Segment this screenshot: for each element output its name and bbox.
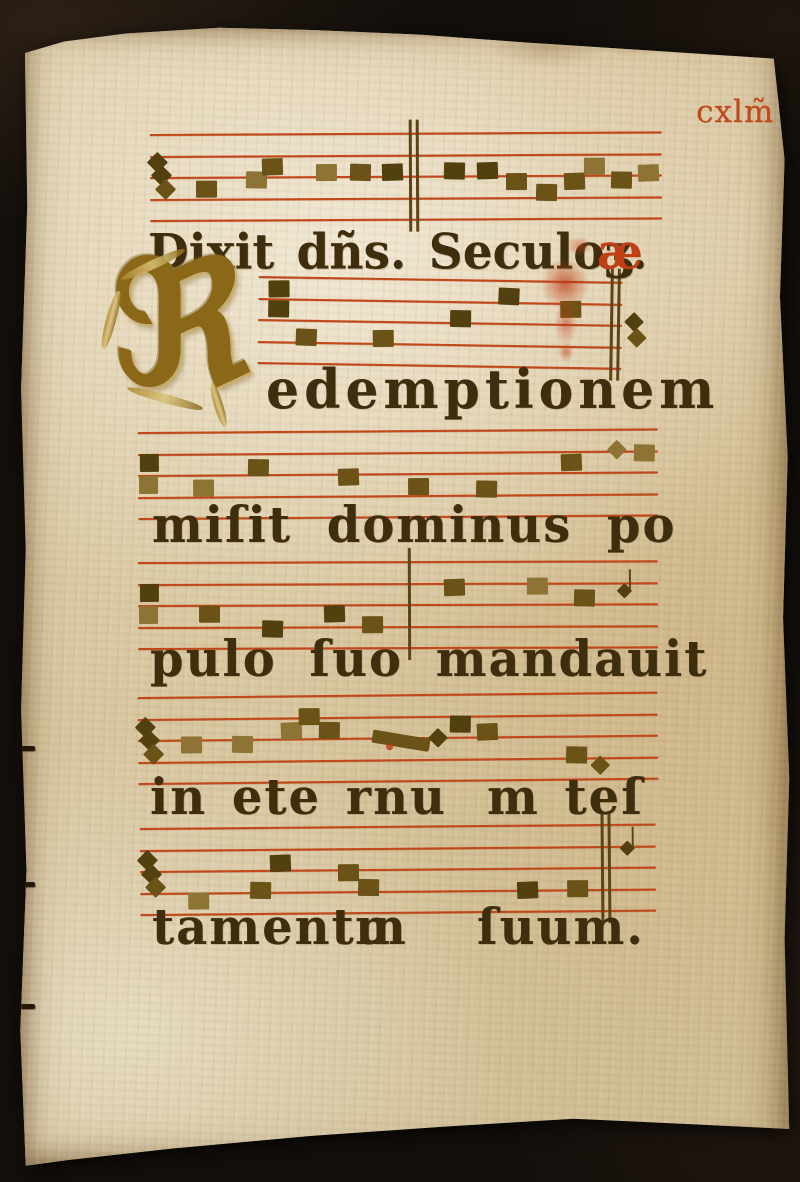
staff-line [150, 217, 662, 222]
neume-note [450, 715, 471, 732]
neume-note [262, 158, 284, 176]
chant-text: pulo ſuo mandauit [150, 630, 708, 688]
neume-note [270, 854, 292, 872]
neume-note [316, 164, 337, 181]
neume-diamond [607, 440, 627, 460]
neume-note [444, 162, 465, 179]
neume-note [324, 605, 346, 623]
neume-note [181, 736, 202, 753]
neume-diamond [627, 328, 647, 348]
neume-note [611, 171, 632, 188]
neume-note [358, 878, 379, 895]
neume-diamond [428, 727, 448, 747]
staff [150, 131, 662, 228]
clef-square [139, 475, 158, 493]
clef-square [140, 584, 159, 602]
chant-text: miſit dominus po [152, 496, 677, 554]
neume-note [232, 736, 253, 753]
staff-line [138, 560, 658, 564]
chant-text: edemptionem [266, 358, 719, 421]
staff-line [150, 174, 662, 179]
neume-note [567, 880, 588, 897]
neume-note [268, 281, 289, 298]
stitch-mark [20, 882, 35, 887]
staff-line [140, 866, 656, 873]
neume-note [506, 173, 527, 190]
neume-note [574, 589, 595, 607]
staff-line [150, 196, 662, 201]
neume-note [350, 164, 371, 181]
neume-note [319, 722, 340, 739]
neume-note [248, 459, 269, 476]
red-dot [386, 743, 393, 750]
neume-note [382, 164, 404, 182]
staff-line [138, 582, 658, 586]
neume-note [373, 329, 394, 346]
staff-line [140, 845, 656, 852]
staff-line [258, 319, 622, 327]
neume-note [477, 723, 499, 741]
chant-text: m teſ [487, 768, 644, 826]
stain [560, 1126, 750, 1146]
rubric-text: æ [597, 224, 643, 281]
stain [488, 24, 608, 68]
neume-note [561, 453, 583, 471]
neume-oblique [371, 729, 430, 751]
staff-line [138, 625, 658, 629]
neume-note [584, 157, 605, 174]
folio-number: cxlm̃ [696, 94, 774, 130]
neume-note [638, 164, 660, 182]
manuscript-leaf: cxlm̃ Dixit dñs. Seculoʒ.æedemptionemmiſ… [18, 22, 790, 1168]
neume-note [634, 444, 655, 461]
neume-note [566, 746, 587, 763]
neume-note [477, 162, 499, 180]
chant-text: m [355, 898, 408, 956]
custos-tail [632, 826, 634, 848]
neume-note [295, 328, 317, 346]
chant-text: ſuum. [477, 898, 645, 956]
bar-line [409, 120, 412, 232]
stitch-mark [20, 1004, 35, 1009]
custos-tail [629, 569, 631, 591]
neume-note [450, 310, 471, 327]
photo-backdrop: cxlm̃ Dixit dñs. Seculoʒ.æedemptionemmiſ… [0, 0, 800, 1182]
neume-note [536, 183, 557, 200]
chant-text: in ete rnu [150, 768, 447, 826]
neume-note [498, 287, 520, 305]
neume-note [196, 181, 217, 198]
staff-line [138, 471, 658, 477]
staff-line [138, 692, 658, 700]
staff-line [138, 713, 658, 721]
neume-note [193, 480, 214, 497]
clef-square [139, 606, 158, 624]
neume-note [299, 708, 320, 725]
neume-note [476, 480, 497, 497]
neume-note [268, 300, 289, 317]
neume-note [408, 478, 429, 495]
neume-note [444, 579, 466, 597]
neume-note [560, 301, 581, 318]
bar-line [416, 120, 419, 232]
neume-note [250, 882, 271, 899]
stain [690, 1120, 780, 1146]
stain [598, 30, 668, 58]
neume-note [517, 881, 539, 899]
neume-note [199, 606, 220, 623]
neume-note [338, 864, 359, 881]
staff-line [138, 428, 658, 434]
staff-line [150, 131, 662, 136]
neume-note [527, 578, 548, 595]
stitch-mark [20, 746, 35, 751]
clef-square [140, 454, 159, 472]
neume-note [338, 468, 360, 486]
neume-note [564, 172, 586, 190]
